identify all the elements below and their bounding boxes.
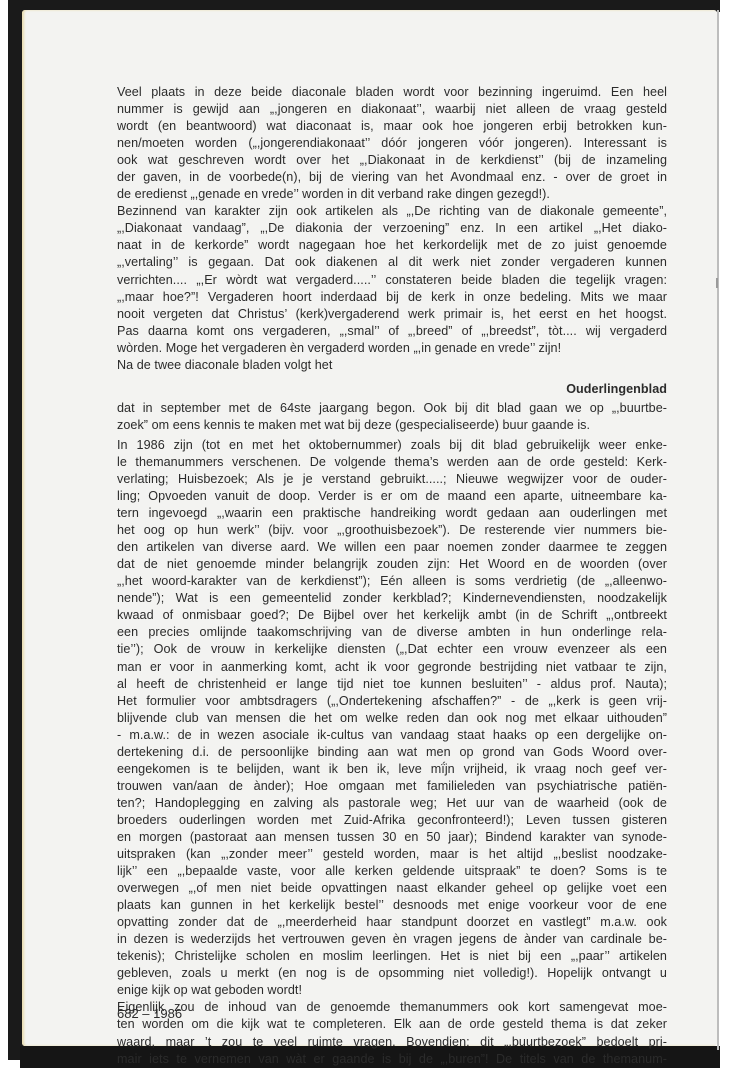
text-line: ten worden om die kijk wat te completere… [117,1016,667,1033]
text-line: ten?; Handoplegging en zalving als pasto… [117,795,667,812]
text-line: een precies omlijnde taakomschrijving va… [117,624,667,641]
text-line: „,het woord-karakter van de kerkdienst”)… [117,573,667,590]
paragraph-themanummers: In 1986 zijn (tot en met het oktobernumm… [117,437,667,1000]
text-line: „,vertaling’’ is gegaan. Dat ook diakene… [117,254,667,271]
text-line: enige kijk op wat geboden wordt! [117,982,667,999]
text-line: dertekening d.i. de persoonlijke binding… [117,744,667,761]
text-line: al heeft de christenheid er lange tijd n… [117,676,667,693]
text-line: lijk’’ een „,bepaalde vaste, voor alle k… [117,863,667,880]
scan-edge-mark [716,278,718,288]
text-line: gebleven, zoals u merkt (en nog is de op… [117,965,667,982]
text-line: opvatting zonder dat de „,meerderheid ha… [117,914,667,931]
text-line: wordt (en beantwoord) wat diaconaat is, … [117,118,667,135]
text-line: trouwen van/aan de ànder); Hoe omgaan me… [117,778,667,795]
text-line: dat de niet genoemde minder belangrijk z… [117,556,667,573]
scan-border-right [717,10,719,1050]
text-line: kwaad of onmisbaar goed?; De Bijbel over… [117,607,667,624]
section-heading: Ouderlingenblad [117,381,667,398]
text-line: en morgen (pastoraat aan mensen tussen 3… [117,829,667,846]
text-line: plaats kan gunnen in het kerkelijk beste… [117,897,667,914]
text-line: - m.a.w.: de in wezen asociale ik-cultus… [117,727,667,744]
text-line: uitspraken (kan „,zonder meer’’ gesteld … [117,846,667,863]
text-line: tern ingevoegd „,waarin een praktische h… [117,505,667,522]
text-line: der gaven, in de voorbede(n), bij de vie… [117,169,667,186]
text-line: zoek” om eens kennis te maken met wat bi… [117,417,667,434]
paragraph-diaconale-bladen: Veel plaats in deze beide diaconale blad… [117,84,667,203]
text-line: tie’’); Ook de vrouw in kerkelijke diens… [117,641,667,658]
text-line: man er voor in aanmerking komt, acht ik … [117,659,667,676]
paragraph-ouderlingenblad-intro: dat in september met de 64ste jaargang b… [117,400,667,434]
text-line: verrichten.... „,Er wòrdt wat vergaderd.… [117,272,667,289]
text-line: Het formulier voor ambtsdragers („,Onder… [117,693,667,710]
paragraph-bezinnend: Bezinnend van karakter zijn ook artikele… [117,203,667,373]
text-line: naat in de kerkorde” wordt nagegaan hoe … [117,237,667,254]
text-line: eengekomen is te belijden, want ik ben i… [117,761,667,778]
text-line: nende”); Wat is een gemeentelid zonder k… [117,590,667,607]
text-line: de eredienst „,genade en vrede’’ worden … [117,186,667,203]
text-line: den artikelen van diverse aard. We wille… [117,539,667,556]
text-line: waard, maar ’t zou te veel ruimte vragen… [117,1034,667,1051]
text-line: het oog op hun werk’’ (bijv. voor „,groo… [117,522,667,539]
page-number-footer: 682 – 1986 [117,1006,182,1021]
text-line: nen/moeten worden („,jongerendiakonaat’’… [117,135,667,152]
text-line: broeders ouderlingen worden met Zuid-Afr… [117,812,667,829]
text-line: nooit vergeten dat Christus’ (kerk)verga… [117,306,667,323]
text-line: dat in september met de 64ste jaargang b… [117,400,667,417]
text-line: verlating; Huisbezoek; Als je je verstan… [117,471,667,488]
text-line: in dezen is wederzijds het vertrouwen ge… [117,931,667,948]
text-line: ling; Opvoeden vanuit de doop. Verder is… [117,488,667,505]
text-line: wòrden. Moge het vergaderen èn vergaderd… [117,340,667,357]
text-line: „,maar hoe?”! Vergaderen hoort inderdaad… [117,289,667,306]
paragraph-eigenlijk: Eigenlijk zou de inhoud van de genoemde … [117,999,667,1067]
text-line: „,Diakonaat vandaag”, „,De diakonia der … [117,220,667,237]
text-line: nummer is gewijd aan „,jongeren en diako… [117,101,667,118]
text-line: tekenis); Christelijke scholen en moslim… [117,948,667,965]
text-line: Pas daarna komt ons vergaderen, „,smal’’… [117,323,667,340]
text-line: Na de twee diaconale bladen volgt het [117,357,667,374]
text-line: Bezinnend van karakter zijn ook artikele… [117,203,667,220]
text-line: In 1986 zijn (tot en met het oktobernumm… [117,437,667,454]
text-line: overwegen „,of men niet beide opvattinge… [117,880,667,897]
text-line: mair iets te vernemen van wàt er gaande … [117,1051,667,1068]
scanned-page-frame: Veel plaats in deze beide diaconale blad… [0,0,738,1068]
text-line: blijvende club van mensen die het om wel… [117,710,667,727]
text-line: ook wat geschreven wordt over het „,Diak… [117,152,667,169]
text-line: Veel plaats in deze beide diaconale blad… [117,84,667,101]
text-line: Eigenlijk zou de inhoud van de genoemde … [117,999,667,1016]
article-body: Veel plaats in deze beide diaconale blad… [117,84,667,1068]
text-line: le themanummers verschenen. De volgende … [117,454,667,471]
